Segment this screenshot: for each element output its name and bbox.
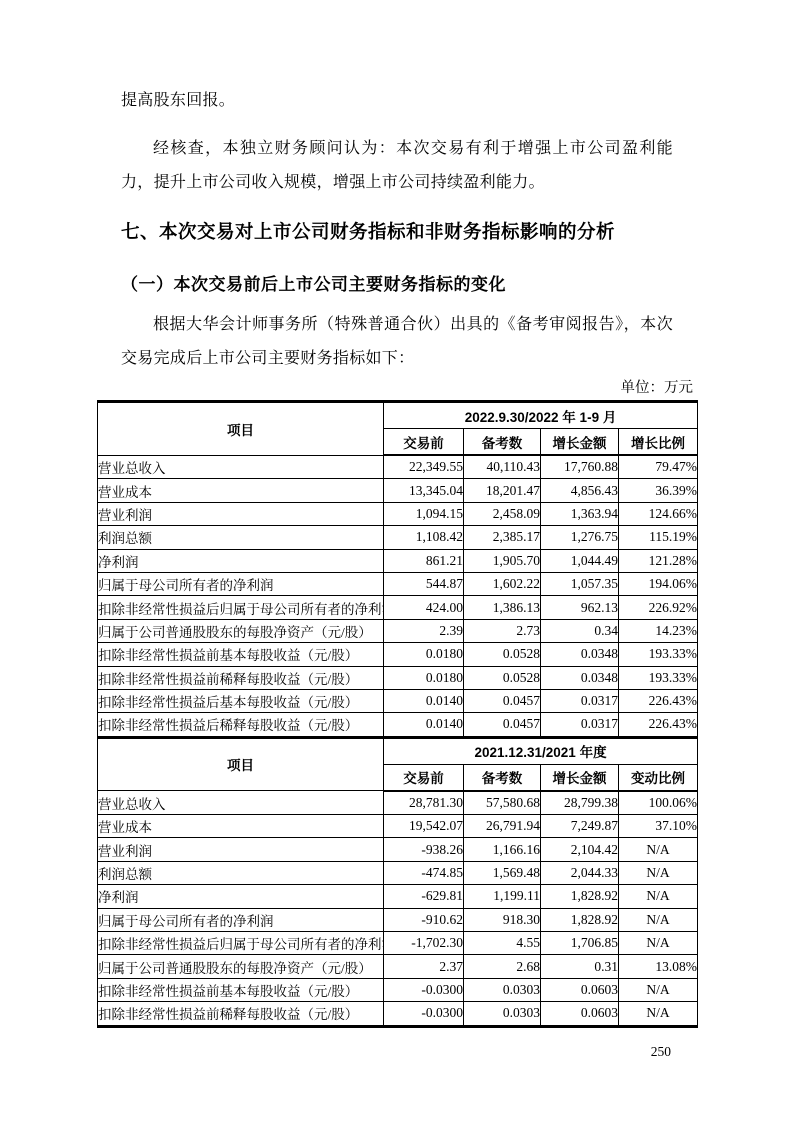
item-label-cell: 扣除非经常性损益后稀释每股收益（元/股） [98, 713, 384, 737]
table-2021-body: 营业总收入28,781.3057,580.6828,799.38100.06%营… [98, 791, 698, 1026]
table-row: 净利润861.211,905.701,044.49121.28% [98, 549, 698, 572]
value-cell: 1,905.70 [464, 549, 541, 572]
item-label-cell: 归属于公司普通股股东的每股净资产（元/股） [98, 619, 384, 642]
paragraph-continuation: 提高股东回报。 [97, 86, 697, 116]
table-row: 营业总收入22,349.5540,110.4317,760.8879.47% [98, 455, 698, 479]
table-2022-body: 营业总收入22,349.5540,110.4317,760.8879.47%营业… [98, 455, 698, 737]
item-label-cell: 归属于母公司所有者的净利润 [98, 572, 384, 595]
value-cell: 2,385.17 [464, 526, 541, 549]
item-label-cell: 利润总额 [98, 526, 384, 549]
item-label-cell: 营业成本 [98, 815, 384, 838]
item-label-cell: 归属于母公司所有者的净利润 [98, 908, 384, 931]
value-cell: 0.34 [541, 619, 619, 642]
column-header-growth-amount: 增长金额 [541, 764, 619, 791]
table-row: 扣除非经常性损益前基本每股收益（元/股）0.01800.05280.034819… [98, 643, 698, 666]
value-cell: 1,276.75 [541, 526, 619, 549]
paragraph-intro: 根据大华会计师事务所（特殊普通合伙）出具的《备考审阅报告》，本次交易完成后上市公… [97, 308, 697, 376]
value-cell: -0.0300 [384, 978, 464, 1001]
document-page: 提高股东回报。 经核查，本独立财务顾问认为：本次交易有利于增强上市公司盈利能力，… [0, 0, 793, 1122]
value-cell: 193.33% [619, 666, 698, 689]
value-cell: 0.0528 [464, 643, 541, 666]
table-row: 利润总额1,108.422,385.171,276.75115.19% [98, 526, 698, 549]
value-cell: N/A [619, 838, 698, 861]
value-cell: 0.0303 [464, 1002, 541, 1026]
table-row: 归属于公司普通股股东的每股净资产（元/股）2.372.680.3113.08% [98, 955, 698, 978]
value-cell: 194.06% [619, 572, 698, 595]
subsection-heading: （一）本次交易前后上市公司主要财务指标的变化 [97, 272, 697, 298]
value-cell: 0.31 [541, 955, 619, 978]
item-label-cell: 利润总额 [98, 861, 384, 884]
table-2022-header: 项目 2022.9.30/2022 年 1-9 月 交易前 备考数 增长金额 增… [98, 402, 698, 456]
table-row: 扣除非经常性损益前稀释每股收益（元/股）0.01800.05280.034819… [98, 666, 698, 689]
value-cell: 57,580.68 [464, 791, 541, 815]
value-cell: 1,094.15 [384, 502, 464, 525]
value-cell: 0.0180 [384, 643, 464, 666]
value-cell: N/A [619, 1002, 698, 1026]
value-cell: 22,349.55 [384, 455, 464, 479]
value-cell: 4.55 [464, 932, 541, 955]
unit-label: 单位：万元 [97, 378, 697, 398]
value-cell: 0.0317 [541, 689, 619, 712]
value-cell: -0.0300 [384, 1002, 464, 1026]
table-row: 扣除非经常性损益前稀释每股收益（元/股）-0.03000.03030.0603N… [98, 1002, 698, 1026]
item-label-cell: 扣除非经常性损益后归属于母公司所有者的净利润 [98, 596, 384, 619]
value-cell: -938.26 [384, 838, 464, 861]
value-cell: 37.10% [619, 815, 698, 838]
value-cell: 226.43% [619, 713, 698, 737]
value-cell: 28,781.30 [384, 791, 464, 815]
item-label-cell: 扣除非经常性损益后基本每股收益（元/股） [98, 689, 384, 712]
value-cell: 0.0457 [464, 713, 541, 737]
value-cell: 226.43% [619, 689, 698, 712]
value-cell: 2,104.42 [541, 838, 619, 861]
value-cell: 0.0140 [384, 713, 464, 737]
column-header-pre-deal: 交易前 [384, 764, 464, 791]
value-cell: 0.0140 [384, 689, 464, 712]
value-cell: 861.21 [384, 549, 464, 572]
item-label-cell: 扣除非经常性损益前基本每股收益（元/股） [98, 978, 384, 1001]
item-label-cell: 净利润 [98, 885, 384, 908]
value-cell: 1,706.85 [541, 932, 619, 955]
value-cell: 19,542.07 [384, 815, 464, 838]
value-cell: 2.39 [384, 619, 464, 642]
table-row: 利润总额-474.851,569.482,044.33N/A [98, 861, 698, 884]
value-cell: 0.0603 [541, 978, 619, 1001]
value-cell: 424.00 [384, 596, 464, 619]
column-header-pro-forma: 备考数 [464, 764, 541, 791]
table-row: 归属于母公司所有者的净利润-910.62918.301,828.92N/A [98, 908, 698, 931]
value-cell: 1,044.49 [541, 549, 619, 572]
column-header-item: 项目 [98, 402, 384, 456]
item-label-cell: 营业利润 [98, 838, 384, 861]
paragraph-opinion: 经核查，本独立财务顾问认为：本次交易有利于增强上市公司盈利能力，提升上市公司收入… [97, 132, 697, 200]
value-cell: 1,602.22 [464, 572, 541, 595]
value-cell: 2.37 [384, 955, 464, 978]
table-row: 扣除非经常性损益前基本每股收益（元/股）-0.03000.03030.0603N… [98, 978, 698, 1001]
table-row: 营业利润-938.261,166.162,104.42N/A [98, 838, 698, 861]
value-cell: 1,057.35 [541, 572, 619, 595]
table-2021-header: 项目 2021.12.31/2021 年度 交易前 备考数 增长金额 变动比例 [98, 737, 698, 791]
value-cell: 18,201.47 [464, 479, 541, 502]
column-header-change-rate: 变动比例 [619, 764, 698, 791]
value-cell: N/A [619, 932, 698, 955]
value-cell: 544.87 [384, 572, 464, 595]
table-row: 营业总收入28,781.3057,580.6828,799.38100.06% [98, 791, 698, 815]
value-cell: 26,791.94 [464, 815, 541, 838]
column-header-item: 项目 [98, 737, 384, 791]
value-cell: 7,249.87 [541, 815, 619, 838]
table-row: 扣除非经常性损益后归属于母公司所有者的净利润424.001,386.13962.… [98, 596, 698, 619]
value-cell: 17,760.88 [541, 455, 619, 479]
value-cell: 0.0180 [384, 666, 464, 689]
item-label-cell: 营业成本 [98, 479, 384, 502]
column-header-growth-amount: 增长金额 [541, 429, 619, 456]
table-row: 归属于母公司所有者的净利润544.871,602.221,057.35194.0… [98, 572, 698, 595]
value-cell: 0.0303 [464, 978, 541, 1001]
value-cell: 124.66% [619, 502, 698, 525]
period-header-2022: 2022.9.30/2022 年 1-9 月 [384, 402, 698, 429]
table-row: 扣除非经常性损益后稀释每股收益（元/股）0.01400.04570.031722… [98, 713, 698, 737]
value-cell: 0.0603 [541, 1002, 619, 1026]
item-label-cell: 扣除非经常性损益后归属于母公司所有者的净利润 [98, 932, 384, 955]
section-heading: 七、本次交易对上市公司财务指标和非财务指标影响的分析 [97, 218, 697, 246]
item-label-cell: 扣除非经常性损益前稀释每股收益（元/股） [98, 1002, 384, 1026]
value-cell: -474.85 [384, 861, 464, 884]
value-cell: 1,166.16 [464, 838, 541, 861]
value-cell: 4,856.43 [541, 479, 619, 502]
value-cell: 28,799.38 [541, 791, 619, 815]
value-cell: 36.39% [619, 479, 698, 502]
value-cell: N/A [619, 861, 698, 884]
value-cell: 14.23% [619, 619, 698, 642]
column-header-growth-rate: 增长比例 [619, 429, 698, 456]
value-cell: 2,044.33 [541, 861, 619, 884]
table-row: 营业成本13,345.0418,201.474,856.4336.39% [98, 479, 698, 502]
table-row: 净利润-629.811,199.111,828.92N/A [98, 885, 698, 908]
value-cell: N/A [619, 908, 698, 931]
value-cell: 40,110.43 [464, 455, 541, 479]
item-label-cell: 归属于公司普通股股东的每股净资产（元/股） [98, 955, 384, 978]
value-cell: 1,363.94 [541, 502, 619, 525]
value-cell: 1,386.13 [464, 596, 541, 619]
value-cell: 2,458.09 [464, 502, 541, 525]
value-cell: 121.28% [619, 549, 698, 572]
value-cell: 100.06% [619, 791, 698, 815]
column-header-pre-deal: 交易前 [384, 429, 464, 456]
item-label-cell: 扣除非经常性损益前基本每股收益（元/股） [98, 643, 384, 666]
value-cell: -629.81 [384, 885, 464, 908]
table-row: 扣除非经常性损益后归属于母公司所有者的净利润-1,702.304.551,706… [98, 932, 698, 955]
page-content: 提高股东回报。 经核查，本独立财务顾问认为：本次交易有利于增强上市公司盈利能力，… [97, 86, 697, 1060]
item-label-cell: 净利润 [98, 549, 384, 572]
value-cell: 0.0348 [541, 643, 619, 666]
table-row: 扣除非经常性损益后基本每股收益（元/股）0.01400.04570.031722… [98, 689, 698, 712]
period-header-2021: 2021.12.31/2021 年度 [384, 737, 698, 764]
value-cell: -910.62 [384, 908, 464, 931]
value-cell: N/A [619, 885, 698, 908]
value-cell: 115.19% [619, 526, 698, 549]
value-cell: N/A [619, 978, 698, 1001]
value-cell: 1,569.48 [464, 861, 541, 884]
value-cell: 13,345.04 [384, 479, 464, 502]
value-cell: 79.47% [619, 455, 698, 479]
value-cell: 0.0348 [541, 666, 619, 689]
value-cell: 918.30 [464, 908, 541, 931]
value-cell: -1,702.30 [384, 932, 464, 955]
item-label-cell: 营业利润 [98, 502, 384, 525]
table-row: 营业成本19,542.0726,791.947,249.8737.10% [98, 815, 698, 838]
table-row: 归属于公司普通股股东的每股净资产（元/股）2.392.730.3414.23% [98, 619, 698, 642]
value-cell: 1,828.92 [541, 908, 619, 931]
value-cell: 962.13 [541, 596, 619, 619]
item-label-cell: 营业总收入 [98, 791, 384, 815]
value-cell: 0.0317 [541, 713, 619, 737]
financial-indicators-table: 项目 2022.9.30/2022 年 1-9 月 交易前 备考数 增长金额 增… [97, 400, 698, 1028]
item-label-cell: 营业总收入 [98, 455, 384, 479]
value-cell: 1,828.92 [541, 885, 619, 908]
value-cell: 2.73 [464, 619, 541, 642]
value-cell: 226.92% [619, 596, 698, 619]
value-cell: 193.33% [619, 643, 698, 666]
value-cell: 0.0457 [464, 689, 541, 712]
value-cell: 0.0528 [464, 666, 541, 689]
table-row: 营业利润1,094.152,458.091,363.94124.66% [98, 502, 698, 525]
value-cell: 1,199.11 [464, 885, 541, 908]
column-header-pro-forma: 备考数 [464, 429, 541, 456]
item-label-cell: 扣除非经常性损益前稀释每股收益（元/股） [98, 666, 384, 689]
value-cell: 1,108.42 [384, 526, 464, 549]
page-number: 250 [97, 1044, 697, 1060]
value-cell: 2.68 [464, 955, 541, 978]
value-cell: 13.08% [619, 955, 698, 978]
